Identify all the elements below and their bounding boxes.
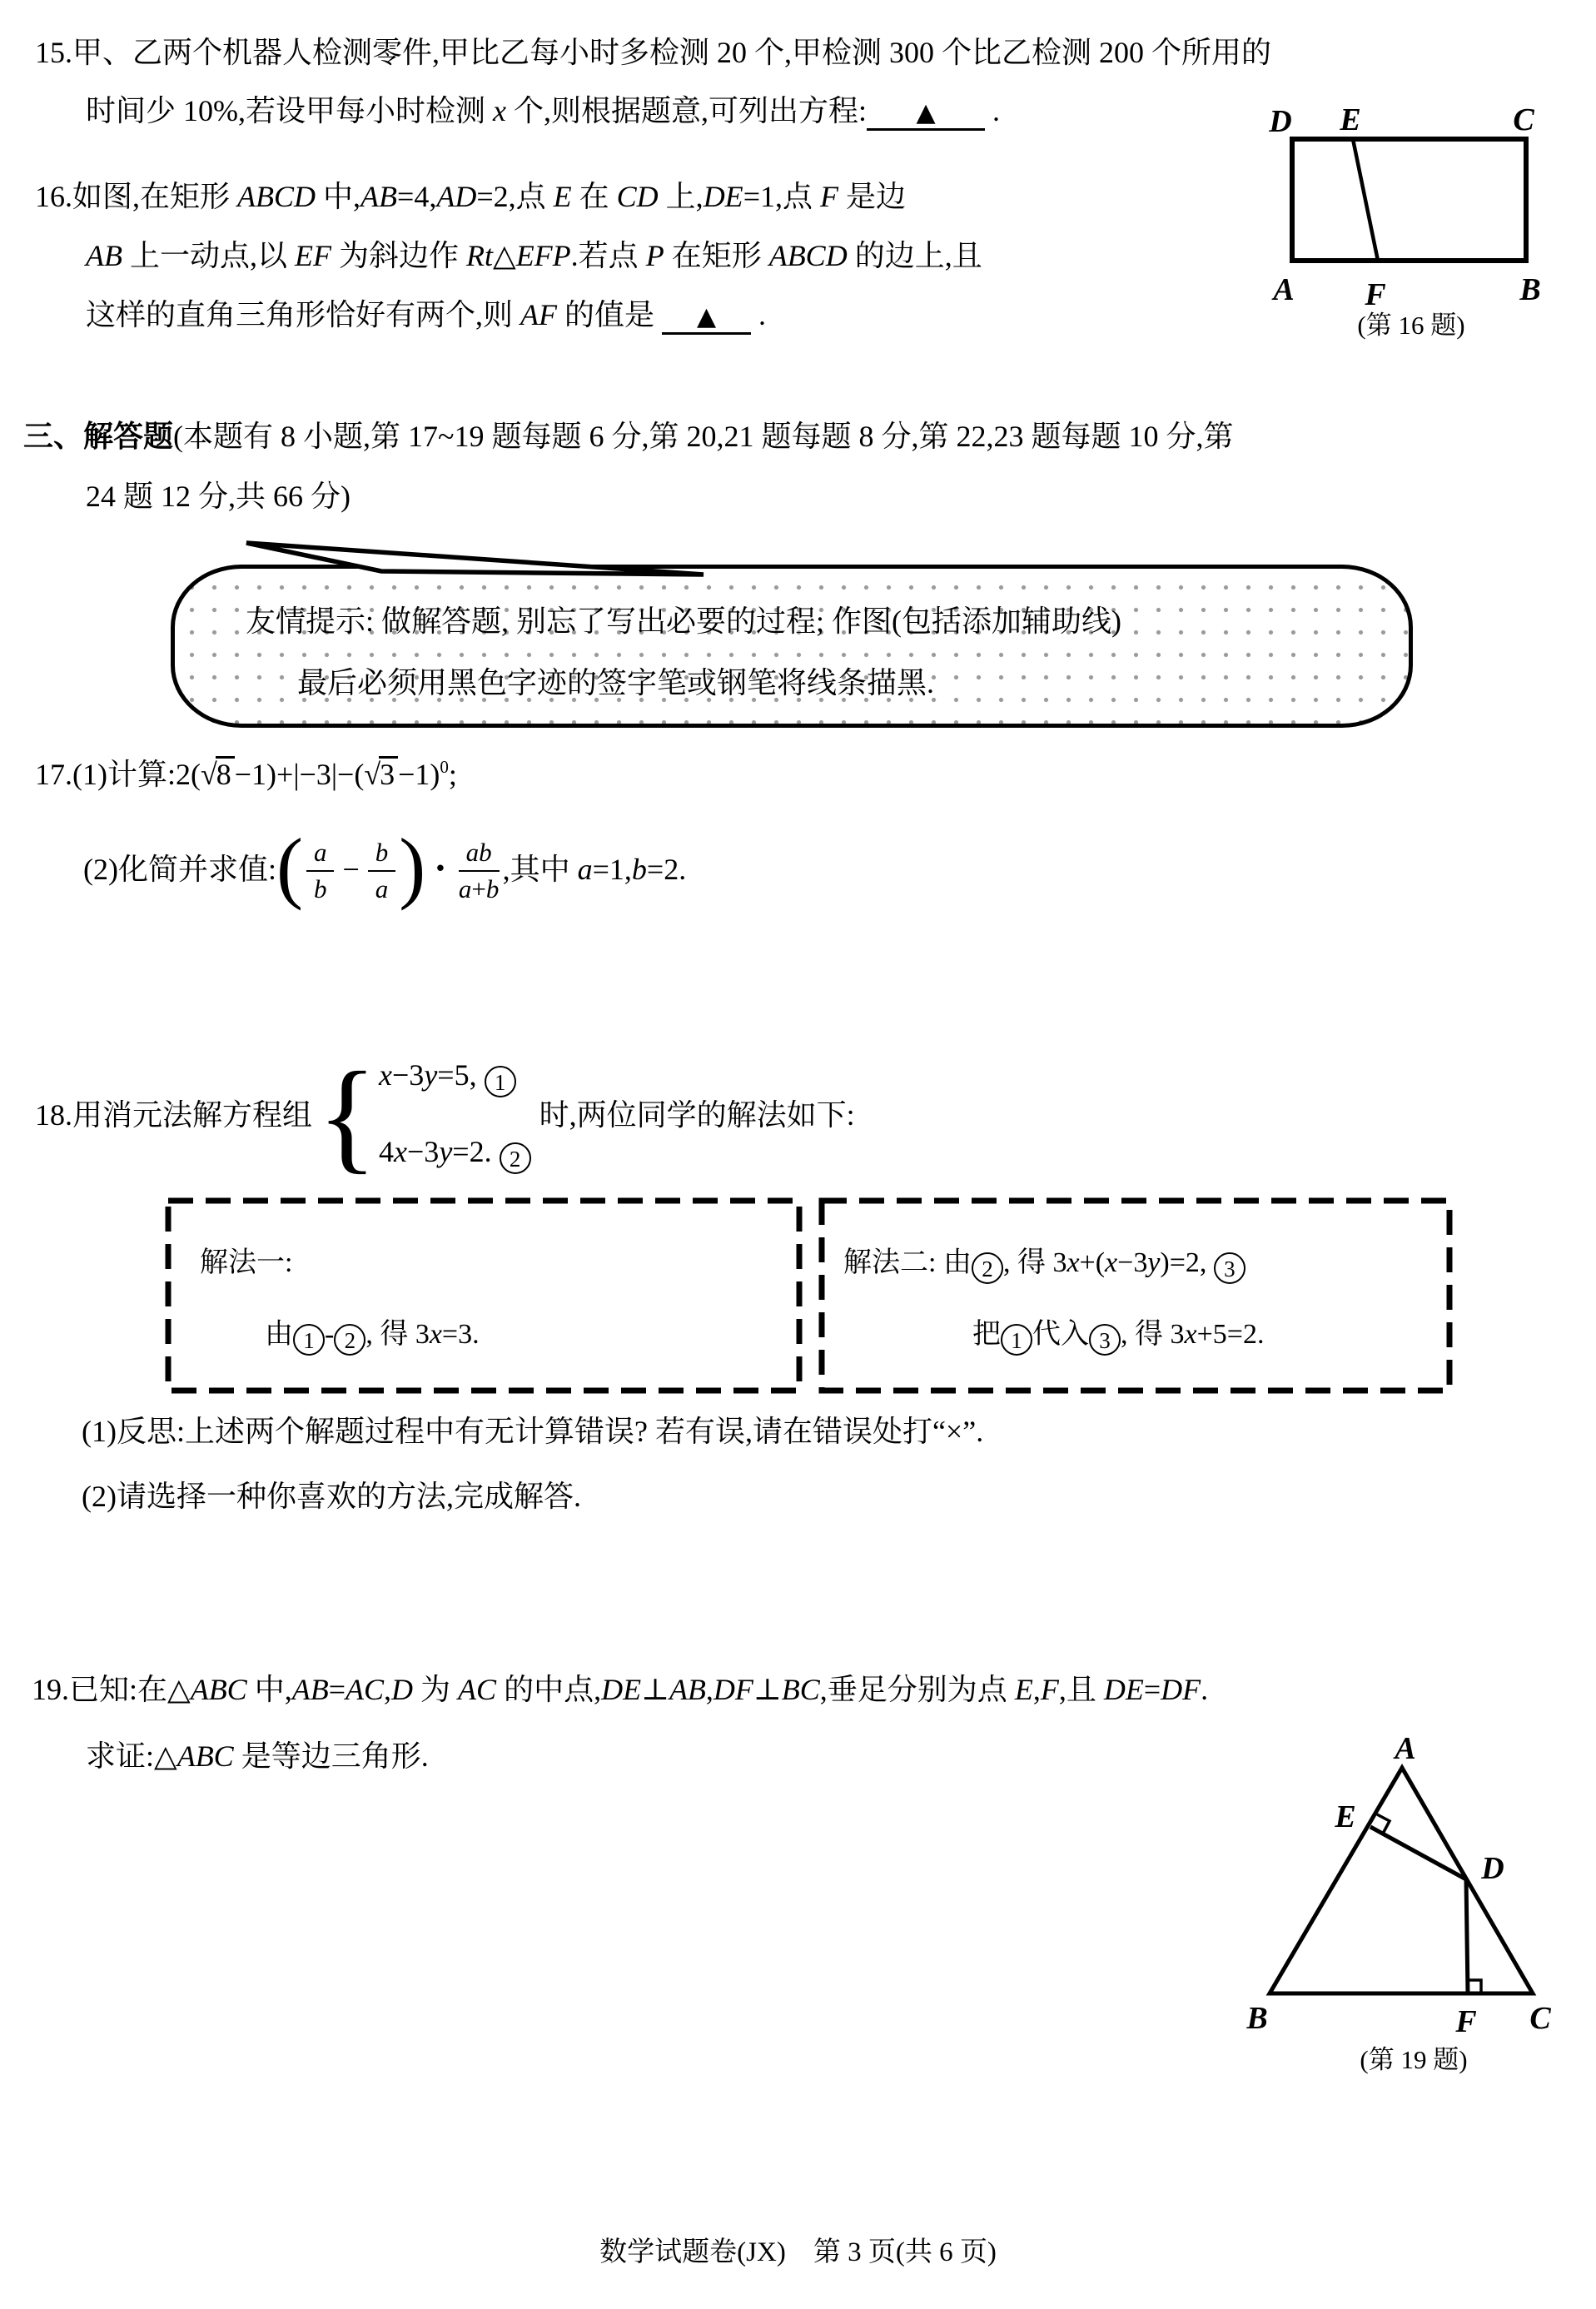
solution1-step: 由1-2, 得 3x=3. (265, 1311, 480, 1356)
section3-heading: 三、解答题 (23, 420, 173, 453)
vertex-label-F: F (1454, 2004, 1476, 2039)
figure-16: D E C A F B (第 16 题) (1249, 82, 1578, 341)
vertex-label-E: E (1334, 1799, 1355, 1834)
multiplication-dot: • (434, 857, 446, 883)
q17-formula-seg2: −1)+|−3|−(√ (235, 758, 380, 791)
fraction-ab-over-a-plus-b: aba+b (459, 836, 500, 904)
q16-line3-text: 这样的直角三角形恰好有两个,则 AF 的值是 (86, 298, 654, 331)
answer-blank: ▲ (867, 96, 985, 131)
triangle-placeholder: ▲ (697, 302, 716, 331)
q16-line3-period: . (751, 298, 766, 331)
vertex-label-A: A (1271, 272, 1294, 307)
q16-line2: AB 上一动点,以 EF 为斜边作 Rt△EFP.若点 P 在矩形 ABCD 的… (86, 238, 982, 274)
q18-suffix: 时,两位同学的解法如下: (539, 1097, 855, 1133)
fraction-denominator: a+b (459, 872, 500, 904)
q15-line2: 时间少 10%,若设甲每小时检测 x 个,则根据题意,可列出方程:▲ . (86, 93, 1000, 131)
notice-line2: 最后必须用黑色字迹的签字笔或钢笔将线条描黑. (297, 665, 934, 701)
q17-formula-seg1: 2(√ (176, 758, 217, 791)
q17-part2-label: (2)化简并求值: (83, 852, 276, 888)
q17-part1: 17.(1)计算:2(√8−1)+|−3|−(√3−1)0; (35, 756, 457, 793)
q15-line1: 15.甲、乙两个机器人检测零件,甲比乙每小时多检测 20 个,甲检测 300 个… (35, 35, 1271, 71)
fraction-numerator: ab (459, 836, 500, 872)
vertex-label-F: F (1364, 277, 1385, 312)
bubble-tail (167, 515, 749, 615)
bubble-tail-shape (246, 543, 704, 575)
q18-sub1: (1)反思:上述两个解题过程中有无计算错误? 若有误,请在错误处打“×”. (82, 1414, 983, 1450)
q18-sub2: (2)请选择一种你喜欢的方法,完成解答. (82, 1479, 581, 1515)
equation-2: 4x−3y=2. 2 (379, 1134, 531, 1174)
fraction-denominator: b (306, 872, 335, 904)
radicand-8: 8 (216, 756, 235, 791)
fraction-numerator: a (306, 836, 335, 872)
vertex-label-C: C (1513, 102, 1534, 137)
vertex-label-A: A (1393, 1734, 1415, 1766)
exam-page: 15.甲、乙两个机器人检测零件,甲比乙每小时多检测 20 个,甲检测 300 个… (0, 0, 1596, 2309)
q18-label: 18.用消元法解方程组 (35, 1097, 312, 1133)
dashed-rect (168, 1201, 799, 1391)
rectangle-ABCD (1292, 139, 1526, 261)
fraction-numerator: b (368, 836, 396, 872)
fraction-b-over-a: ba (368, 836, 396, 904)
figure-19-caption: (第 19 题) (1360, 2045, 1467, 2074)
radicand-3: 3 (379, 756, 398, 791)
equation-system: x−3y=5, 1 4x−3y=2. 2 (379, 1057, 531, 1174)
dashed-rect (822, 1201, 1449, 1391)
q16-line1: 16.如图,在矩形 ABCD 中,AB=4,AD=2,点 E 在 CD 上,DE… (35, 179, 906, 215)
section3-heading-rest: (本题有 8 小题,第 17~19 题每题 6 分,第 20,21 题每题 8 … (173, 420, 1233, 453)
q19-line2: 求证:△ABC 是等边三角形. (86, 1739, 429, 1774)
vertex-label-B: B (1519, 272, 1540, 307)
solution2-title: 解法二: 由2, 得 3x+(x−3y)=2, 3 (843, 1239, 1245, 1284)
section3-heading-line: 三、解答题(本题有 8 小题,第 17~19 题每题 6 分,第 20,21 题… (23, 419, 1233, 455)
equation-1: x−3y=5, 1 (379, 1057, 531, 1097)
figure-19: A E D B F C (第 19 题) (1231, 1734, 1589, 2092)
q17-formula-seg3: −1) (398, 758, 440, 791)
solution-box2-border (818, 1197, 1453, 1394)
vertex-label-E: E (1339, 102, 1360, 137)
q18-stem: 18.用消元法解方程组 { x−3y=5, 1 4x−3y=2. 2 时,两位同… (35, 1046, 855, 1186)
q17-part2: (2)化简并求值: ( ab − ba ) • aba+b ,其中 a=1,b=… (83, 814, 686, 926)
q19-line1: 19.已知:在△ABC 中,AB=AC,D 为 AC 的中点,DE⊥AB,DF⊥… (32, 1672, 1208, 1708)
figure-16-caption: (第 16 题) (1357, 311, 1464, 340)
vertex-label-D: D (1480, 1851, 1504, 1886)
vertex-label-D: D (1268, 104, 1291, 139)
exponent-zero: 0 (440, 757, 449, 777)
segment-EF (1353, 139, 1378, 261)
minus-operator: − (342, 852, 359, 888)
solution1-title: 解法一: (200, 1239, 292, 1280)
page-footer: 数学试题卷(JX) 第 3 页(共 6 页) (0, 2230, 1596, 2269)
solution-box1-border (165, 1197, 803, 1394)
system-brace: { (317, 1060, 377, 1172)
q17-part1-label: 17.(1)计算: (35, 758, 176, 791)
solution2-step: 把1代入3, 得 3x+5=2. (972, 1311, 1264, 1356)
q16-line3: 这样的直角三角形恰好有两个,则 AF 的值是 ▲ . (86, 297, 766, 335)
segment-DF (1466, 1879, 1468, 1993)
vertex-label-C: C (1529, 2001, 1551, 2036)
fraction-a-over-b: ab (306, 836, 335, 904)
q15-line2-text: 时间少 10%,若设甲每小时检测 x 个,则根据题意,可列出方程: (86, 94, 867, 127)
vertex-label-B: B (1245, 2001, 1267, 2036)
q17-part2-suffix: ,其中 a=1,b=2. (503, 852, 687, 888)
fraction-denominator: a (368, 872, 396, 904)
answer-blank: ▲ (662, 300, 751, 335)
q15-line2-period: . (985, 94, 1000, 127)
q17-formula-seg4: ; (449, 758, 457, 791)
section3-line2: 24 题 12 分,共 66 分) (86, 479, 351, 515)
triangle-placeholder: ▲ (916, 98, 935, 127)
